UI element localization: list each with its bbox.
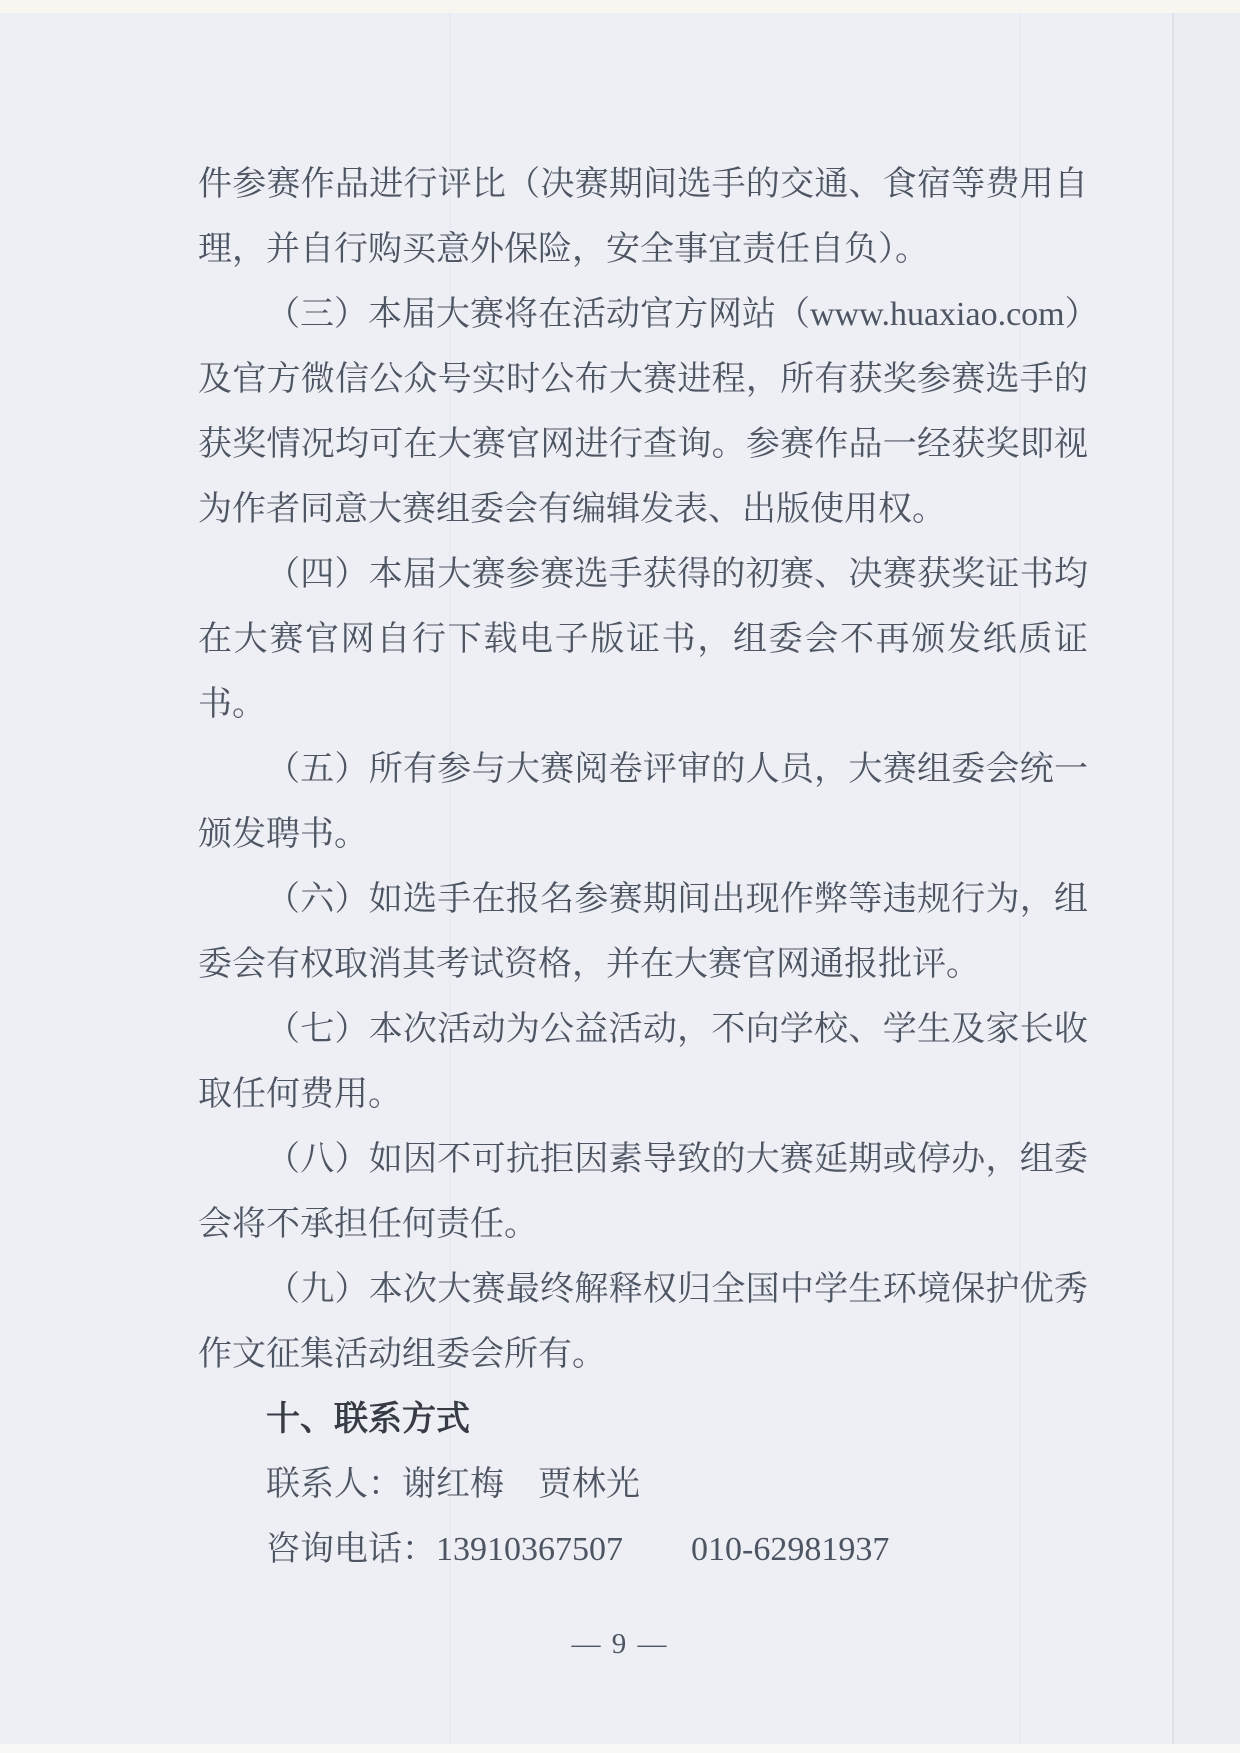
text-line: 颁发聘书。 [198,802,1088,867]
text-line: 咨询电话：13910367507 010-62981937 [198,1517,1088,1582]
text-line: （六）如选手在报名参赛期间出现作弊等违规行为，组 [198,867,1088,932]
page-number: — 9 — [0,1626,1240,1662]
paper-right-margin-area [1174,13,1240,1744]
text-line: 理，并自行购买意外保险，安全事宜责任自负）。 [198,217,1088,282]
text-line: 及官方微信公众号实时公布大赛进程，所有获奖参赛选手的 [198,347,1088,412]
text-line: 件参赛作品进行评比（决赛期间选手的交通、食宿等费用自 [198,152,1088,217]
text-line: 书。 [198,672,1088,737]
paper-edge-line [1172,13,1174,1744]
text-line: 委会有权取消其考试资格，并在大赛官网通报批评。 [198,932,1088,997]
text-line: （四）本届大赛参赛选手获得的初赛、决赛获奖证书均 [198,542,1088,607]
text-line: 联系人：谢红梅 贾林光 [198,1452,1088,1517]
text-line: 为作者同意大赛组委会有编辑发表、出版使用权。 [198,477,1088,542]
text-line: 在大赛官网自行下载电子版证书，组委会不再颁发纸质证 [198,607,1088,672]
scanned-document-page: 件参赛作品进行评比（决赛期间选手的交通、食宿等费用自理，并自行购买意外保险，安全… [0,0,1240,1753]
text-line: 会将不承担任何责任。 [198,1192,1088,1257]
text-line: （七）本次活动为公益活动，不向学校、学生及家长收 [198,997,1088,1062]
text-line: 作文征集活动组委会所有。 [198,1322,1088,1387]
text-line: 取任何费用。 [198,1062,1088,1127]
scan-top-band [0,0,1240,13]
document-text: 件参赛作品进行评比（决赛期间选手的交通、食宿等费用自理，并自行购买意外保险，安全… [198,152,1088,1582]
section-heading-line: 十、联系方式 [198,1387,1088,1452]
scan-bottom-band [0,1744,1240,1753]
text-line: 获奖情况均可在大赛官网进行查询。参赛作品一经获奖即视 [198,412,1088,477]
text-line: （九）本次大赛最终解释权归全国中学生环境保护优秀 [198,1257,1088,1322]
text-line: （三）本届大赛将在活动官方网站（www.huaxiao.com） [198,282,1088,347]
text-line: （五）所有参与大赛阅卷评审的人员，大赛组委会统一 [198,737,1088,802]
text-line: （八）如因不可抗拒因素导致的大赛延期或停办，组委 [198,1127,1088,1192]
